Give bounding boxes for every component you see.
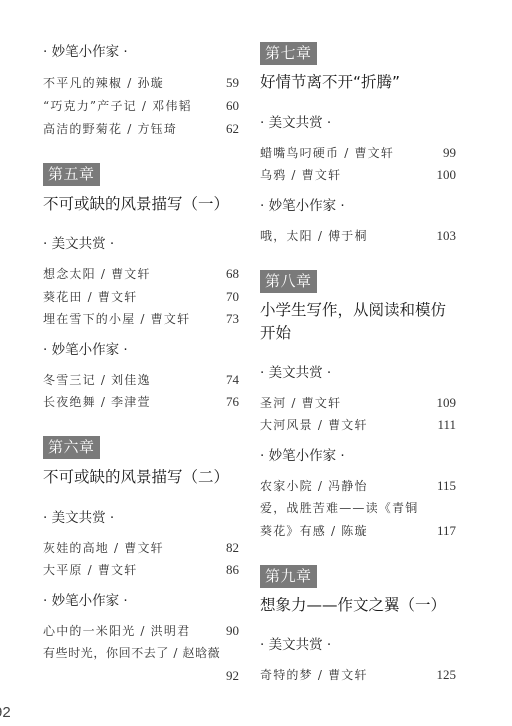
entry-title: 葵花田 / 曹文轩 [43,289,137,305]
entry-title: 大平原 / 曹文轩 [43,562,137,578]
entry-page: 60 [226,98,239,114]
entry-title: 高洁的野菊花 / 方钰琦 [43,121,177,137]
entry-title: 想念太阳 / 曹文轩 [43,266,151,282]
entry-title: 奇特的梦 / 曹文轩 [260,667,368,683]
entry-title: 大河风景 / 曹文轩 [260,417,368,433]
section-heading: · 妙笔小作家 · [260,447,345,465]
entry-page: 125 [437,667,457,683]
entry-title: “巧克力”产子记 / 邓伟韬 [43,98,192,114]
chapter-badge: 第五章 [43,163,100,186]
entry-page: 90 [226,623,239,639]
chapter-badge: 第七章 [260,42,317,65]
entry-title: 蜡嘴鸟叼硬币 / 曹文轩 [260,145,394,161]
entry-title: 埋在雪下的小屋 / 曹文轩 [43,311,190,327]
chapter-title: 不可或缺的风景描写（二） [43,466,243,488]
entry-page: 109 [437,395,457,411]
entry-page: 62 [226,121,239,137]
entry-page: 73 [226,311,239,327]
entry-page: 70 [226,289,239,305]
section-heading: · 美文共赏 · [260,114,331,132]
entry-title: 长夜绝舞 / 李津萱 [43,394,151,410]
entry-title-line1: 爱，战胜苦难——读《青铜 [260,500,418,516]
entry-page: 76 [226,394,239,410]
section-heading: · 美文共赏 · [43,235,114,253]
entry-title: 冬雪三记 / 刘佳逸 [43,372,151,388]
entry-page: 111 [437,417,456,433]
entry-page: 100 [437,167,457,183]
page-number: 92 [0,704,11,721]
section-heading: · 美文共赏 · [260,636,331,654]
entry-page: 86 [226,562,239,578]
entry-title: 哦，太阳 / 傅于桐 [260,228,368,244]
entry-page: 68 [226,266,239,282]
chapter-badge: 第六章 [43,436,100,459]
chapter-title: 不可或缺的风景描写（一） [43,193,243,215]
entry-title: 农家小院 / 冯静怡 [260,478,368,494]
entry-page: 115 [437,478,456,494]
section-heading: · 妙笔小作家 · [43,592,128,610]
chapter-badge: 第九章 [260,565,317,588]
entry-page: 59 [226,75,239,91]
entry-title: 灰娃的高地 / 曹文轩 [43,540,164,556]
entry-page: 103 [437,228,457,244]
entry-title: 不平凡的辣椒 / 孙璇 [43,75,164,91]
toc-entry[interactable]: 爱，战胜苦难——读《青铜葵花》有感 / 陈璇117 [260,500,456,540]
section-heading: · 美文共赏 · [43,509,114,527]
entry-page: 82 [226,540,239,556]
chapter-title: 好情节离不开“折腾” [260,71,460,93]
entry-page: 99 [443,145,456,161]
entry-page: 117 [437,523,456,539]
section-heading: · 美文共赏 · [260,364,331,382]
entry-title-line2: 葵花》有感 / 陈璇 [260,523,368,539]
entry-page: 74 [226,372,239,388]
entry-title: 圣河 / 曹文轩 [260,395,341,411]
entry-title: 心中的一米阳光 / 洪明君 [43,623,190,639]
chapter-title-line1: 小学生写作，从阅读和模仿 [260,299,460,321]
entry-title: 乌鸦 / 曹文轩 [260,167,341,183]
chapter-title-line2: 开始 [260,322,460,344]
section-heading: · 妙笔小作家 · [260,197,345,215]
toc-entry[interactable]: 有些时光，你回不去了 / 赵晗薇92 [43,645,239,685]
chapter-title: 想象力——作文之翼（一） [260,594,460,616]
entry-title: 有些时光，你回不去了 / 赵晗薇 [43,645,220,661]
entry-page: 92 [226,668,239,684]
chapter-badge: 第八章 [260,270,317,293]
section-heading: · 妙笔小作家 · [43,43,128,61]
section-heading: · 妙笔小作家 · [43,341,128,359]
